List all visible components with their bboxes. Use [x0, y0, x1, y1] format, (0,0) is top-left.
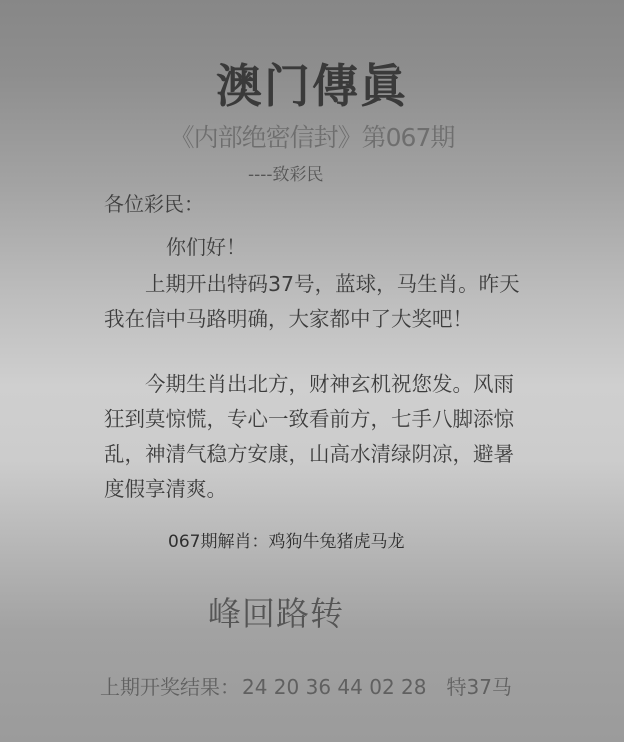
zodiac-decode-line: 067期解肖：鸡狗牛兔猪虎马龙 — [168, 527, 404, 552]
page-title: 澳门傳眞 — [0, 50, 624, 116]
addressee-line: ----致彩民 — [248, 160, 324, 185]
results-label: 上期开奖结果： — [100, 675, 240, 699]
greeting: 你们好！ — [166, 231, 246, 260]
special-number: 特37马 — [446, 675, 511, 699]
results-numbers: 24 20 36 44 02 28 — [242, 675, 426, 699]
salutation: 各位彩民： — [104, 188, 204, 217]
motto: 峰回路转 — [208, 588, 344, 635]
letter-paragraph-1: 上期开出特码37号，蓝球，马生肖。昨天我在信中马路明确，大家都中了大奖吧！ — [104, 267, 534, 337]
letter-paragraph-2: 今期生肖出北方，财神玄机祝您发。风雨狂到莫惊慌，专心一致看前方，七手八脚添惊乱，… — [104, 367, 534, 507]
previous-results: 上期开奖结果：24 20 36 44 02 28特37马 — [100, 671, 512, 700]
issue-subtitle: 《内部绝密信封》第067期 — [0, 118, 624, 154]
